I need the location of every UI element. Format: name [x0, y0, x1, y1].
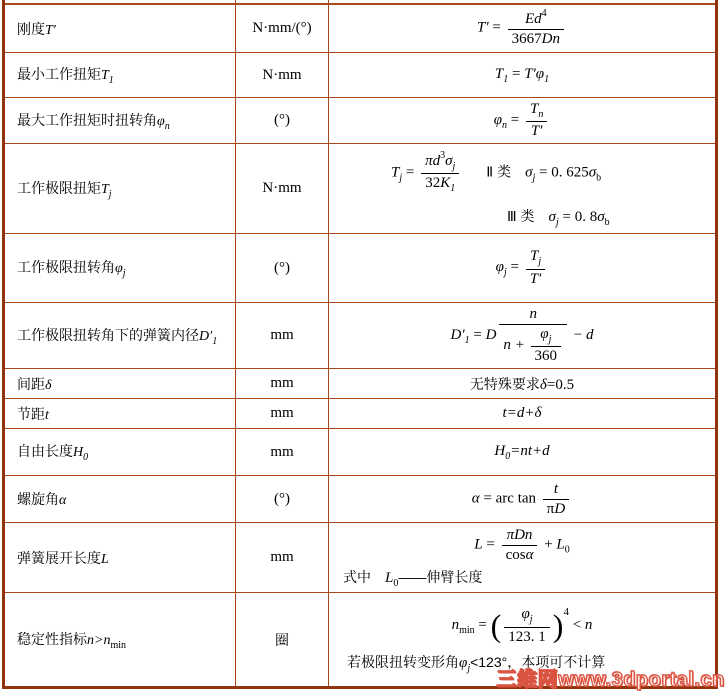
table-row: 工作极限扭转角φj (°) φj = TjT′: [5, 234, 715, 303]
param-symbol: φ: [157, 114, 165, 129]
table-row: 工作极限扭矩Tj N·mm Tj = πd3σj32K1Ⅱ 类σj = 0. 6…: [5, 144, 715, 234]
formula-line-1: L = πDncosα + L0: [329, 526, 715, 565]
param-label: 工作极限扭转角下的弹簧内径: [17, 327, 199, 343]
open-paren: (: [491, 608, 502, 644]
param-symbol: δ: [45, 378, 52, 393]
param-label-cell: 自由长度H0: [5, 429, 236, 475]
formula: t=d+δ: [503, 405, 542, 422]
table-row: 刚度T′ N·mm/(°) T′ = Ed43667Dn: [5, 5, 715, 53]
param-symbol: T: [101, 182, 109, 197]
unit-label: 圈: [275, 630, 289, 650]
formula: T′ = Ed43667Dn: [477, 8, 567, 49]
param-label-cell: 弹簧展开长度L: [5, 523, 236, 592]
unit-cell: N·mm/(°): [236, 5, 329, 52]
formula-cell: 无特殊要求δ=0.5: [329, 369, 715, 398]
param-label-cell: 工作极限扭矩Tj: [5, 144, 236, 233]
param-symbol: T′: [45, 23, 56, 38]
param-label-cell: 最小工作扭矩T1: [5, 53, 236, 97]
formula: T1 = T′φ1: [495, 66, 549, 85]
unit-cell: (°): [236, 98, 329, 143]
table-row: 最大工作扭矩时扭转角φn (°) φn = TnT′: [5, 98, 715, 144]
unit-cell: [236, 0, 329, 3]
table-row: 弹簧展开长度L mm L = πDncosα + L0 式中L0——伸臂长度: [5, 523, 715, 593]
table-row: 螺旋角α (°) α = arc tan tπD: [5, 476, 715, 523]
unit-label: mm: [270, 405, 293, 422]
unit-label: N·mm: [262, 180, 301, 197]
param-symbol: α: [59, 493, 66, 508]
unit-cell: mm: [236, 399, 329, 428]
param-label-cell: 间距δ: [5, 369, 236, 398]
class-III-label: Ⅲ 类: [507, 208, 535, 224]
param-label: 自由长度: [17, 443, 73, 459]
formula-line-1: nmin = (φj123. 1)4 < n: [329, 605, 715, 646]
formula-cell: T′ = Ed43667Dn: [329, 5, 715, 52]
param-label: 最大工作扭矩时扭转角: [17, 112, 157, 128]
formula-cell: α = arc tan tπD: [329, 476, 715, 522]
formula: 无特殊要求δ=0.5: [470, 374, 574, 394]
fraction: nn + φj360: [499, 305, 567, 366]
formula: H0=nt+d: [494, 443, 549, 462]
formula: φj = TjT′: [496, 247, 549, 288]
formula-line-1: Tj = πd3σj32K1Ⅱ 类σj = 0. 625σb: [391, 150, 601, 196]
spring-parameter-table: 刚度T′ N·mm/(°) T′ = Ed43667Dn 最小工作扭矩T1 N·…: [2, 0, 718, 689]
formula-cell: φn = TnT′: [329, 98, 715, 143]
unit-label: mm: [270, 327, 293, 344]
unit-label: mm: [270, 549, 293, 566]
fraction: φj123. 1: [504, 605, 550, 646]
fraction: πd3σj32K1: [421, 150, 459, 196]
param-label-cell: 刚度T′: [5, 5, 236, 52]
param-label: 工作极限扭矩: [17, 180, 101, 196]
param-symbol: t: [45, 408, 49, 423]
table-row: 最小工作扭矩T1 N·mm T1 = T′φ1: [5, 53, 715, 98]
param-label: 螺旋角: [17, 491, 59, 507]
formula-note: 式中L0——伸臂长度: [329, 567, 715, 589]
class-II-label: Ⅱ 类: [486, 163, 511, 179]
watermark-logo: 三维网www.3dportal.cn: [497, 663, 725, 692]
param-symbol: H: [73, 445, 83, 460]
formula-line-2: Ⅲ 类σj = 0. 8σb: [507, 206, 610, 228]
exponent: 4: [563, 606, 569, 618]
param-label: 最小工作扭矩: [17, 66, 101, 82]
unit-cell: mm: [236, 303, 329, 368]
unit-cell: mm: [236, 369, 329, 398]
formula-cell: D′1 = Dnn + φj360 − d: [329, 303, 715, 368]
param-label: 工作极限扭转角: [17, 259, 115, 275]
unit-label: mm: [270, 375, 293, 392]
formula-cell: [329, 0, 715, 3]
param-label-cell: 工作极限扭转角φj: [5, 234, 236, 302]
fraction: Ed43667Dn: [508, 8, 564, 49]
unit-cell: (°): [236, 476, 329, 522]
table-row: 自由长度H0 mm H0=nt+d: [5, 429, 715, 476]
param-label-cell: 节距t: [5, 399, 236, 428]
fraction: πDncosα: [502, 526, 538, 565]
table-row: 节距t mm t=d+δ: [5, 399, 715, 429]
param-symbol: φ: [115, 261, 123, 276]
close-paren: ): [553, 608, 564, 644]
unit-label: N·mm/(°): [252, 20, 311, 37]
table-row: 间距δ mm 无特殊要求δ=0.5: [5, 369, 715, 399]
nested-fraction: φj360: [531, 325, 562, 366]
formula: α = arc tan tπD: [472, 480, 572, 519]
param-label-cell: 稳定性指标n>nmin: [5, 593, 236, 686]
formula: D′1 = Dnn + φj360 − d: [450, 305, 593, 366]
param-label: 稳定性指标: [17, 631, 87, 647]
param-symbol: L: [101, 552, 109, 567]
formula: φn = TnT′: [494, 100, 551, 141]
param-label: 弹簧展开长度: [17, 550, 101, 566]
unit-cell: N·mm: [236, 53, 329, 97]
unit-label: (°): [274, 112, 290, 129]
formula-cell: T1 = T′φ1: [329, 53, 715, 97]
param-symbol: n>n: [87, 633, 110, 648]
param-label-cell: 工作极限扭转角下的弹簧内径D′1: [5, 303, 236, 368]
unit-cell: mm: [236, 523, 329, 592]
param-symbol: D′: [199, 329, 212, 344]
param-label-cell: 最大工作扭矩时扭转角φn: [5, 98, 236, 143]
param-label-cell: [5, 0, 236, 3]
unit-cell: 圈: [236, 593, 329, 686]
unit-cell: N·mm: [236, 144, 329, 233]
formula-cell: H0=nt+d: [329, 429, 715, 475]
param-label-cell: 螺旋角α: [5, 476, 236, 522]
formula-cell: Tj = πd3σj32K1Ⅱ 类σj = 0. 625σb Ⅲ 类σj = 0…: [329, 144, 715, 233]
param-label: 节距: [17, 406, 45, 422]
fraction: TjT′: [526, 247, 546, 288]
fraction: tπD: [543, 480, 569, 519]
unit-label: mm: [270, 444, 293, 461]
formula-cell: t=d+δ: [329, 399, 715, 428]
param-label: 间距: [17, 376, 45, 392]
unit-cell: mm: [236, 429, 329, 475]
formula-cell: L = πDncosα + L0 式中L0——伸臂长度: [329, 523, 715, 592]
formula-cell: φj = TjT′: [329, 234, 715, 302]
unit-label: N·mm: [262, 67, 301, 84]
param-symbol: T: [101, 68, 109, 83]
fraction: TnT′: [526, 100, 547, 141]
unit-label: (°): [274, 260, 290, 277]
param-label: 刚度: [17, 21, 45, 37]
unit-cell: (°): [236, 234, 329, 302]
table-row: 工作极限扭转角下的弹簧内径D′1 mm D′1 = Dnn + φj360 − …: [5, 303, 715, 369]
unit-label: (°): [274, 491, 290, 508]
